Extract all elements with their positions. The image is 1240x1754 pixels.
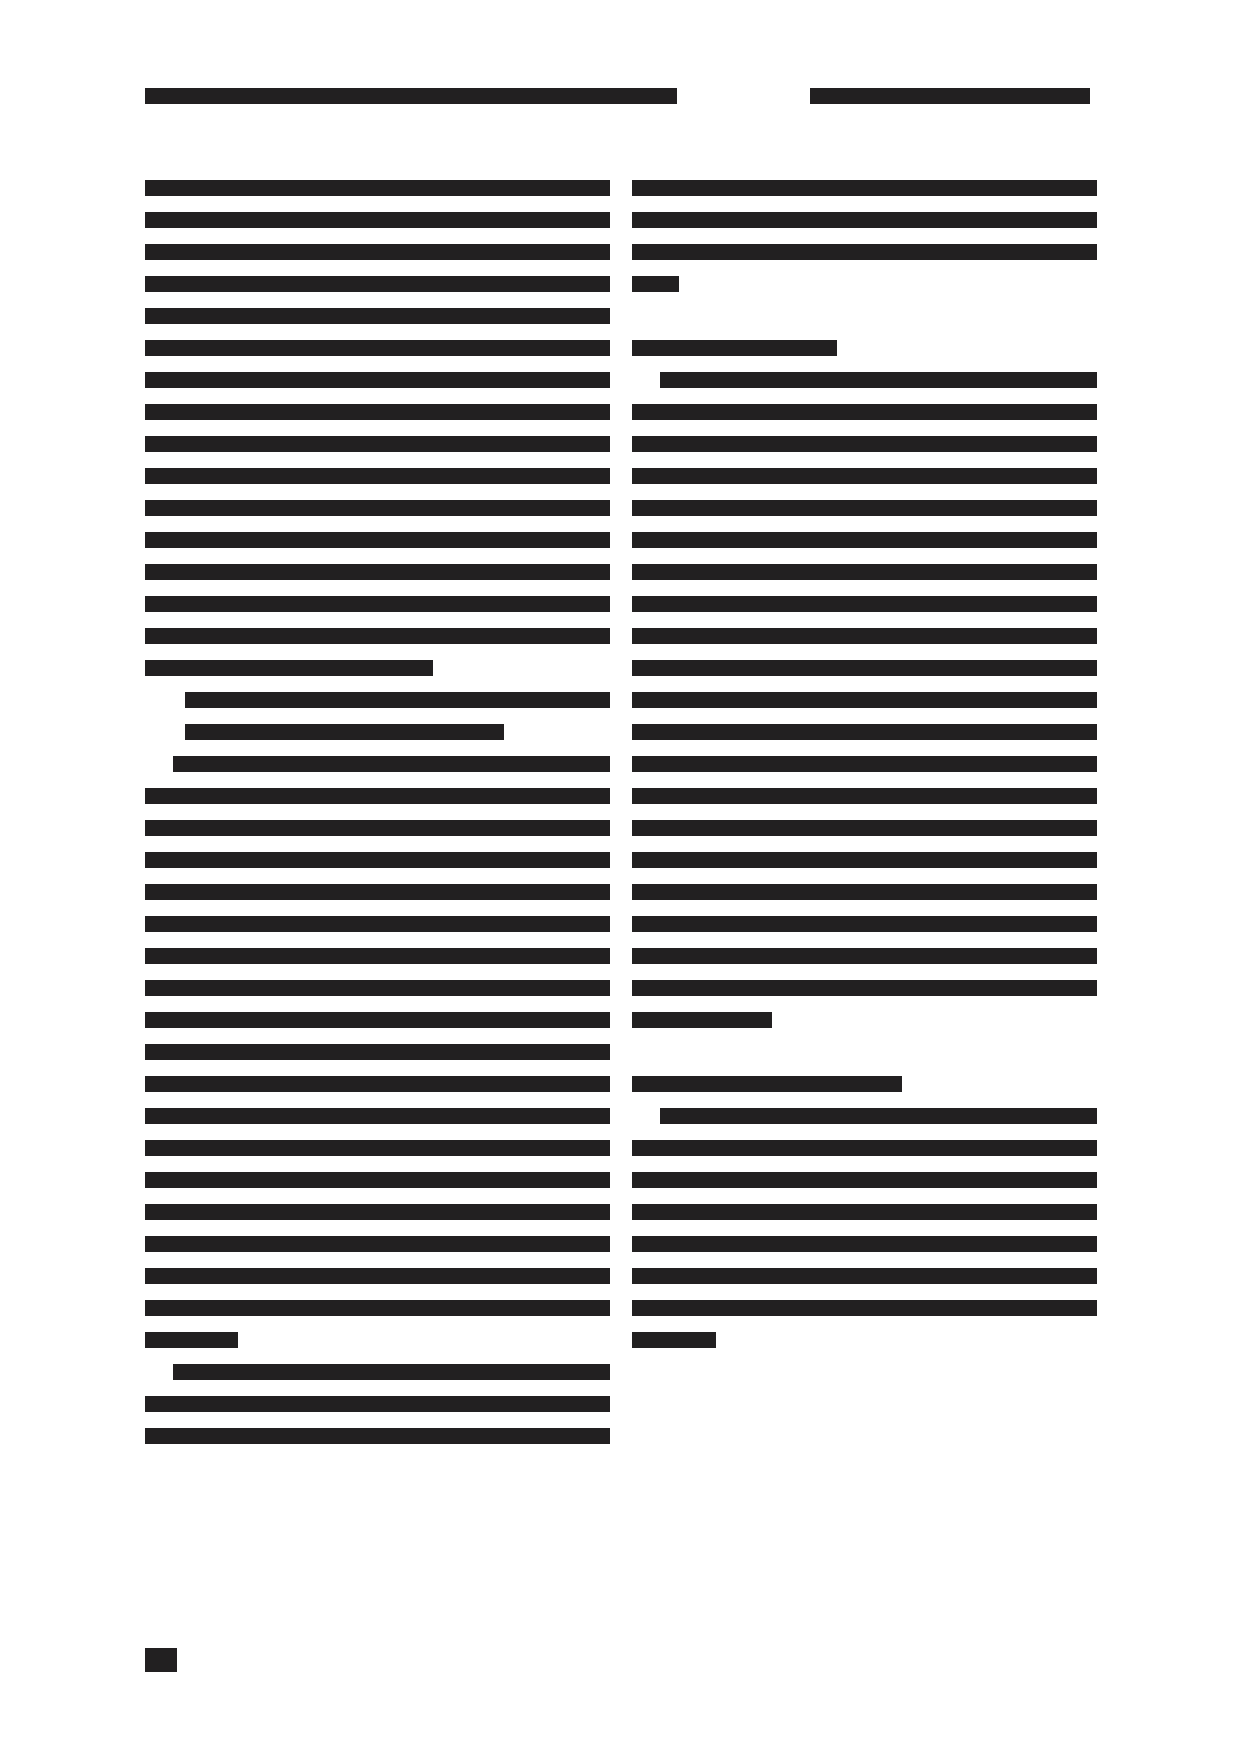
section-heading: [632, 340, 1097, 356]
running-header-right: [810, 88, 1090, 104]
paragraph: [632, 180, 1097, 292]
paragraph: [145, 756, 610, 1348]
running-header-left: [145, 88, 677, 104]
left-column: [145, 180, 610, 1460]
section-heading: [185, 692, 610, 740]
paragraph: [145, 180, 610, 676]
right-column: [632, 180, 1097, 1364]
paragraph: [632, 372, 1097, 1028]
section-heading: [632, 1076, 1097, 1092]
paragraph: [632, 1108, 1097, 1348]
paragraph: [145, 1364, 610, 1444]
page-number: [145, 1648, 177, 1672]
